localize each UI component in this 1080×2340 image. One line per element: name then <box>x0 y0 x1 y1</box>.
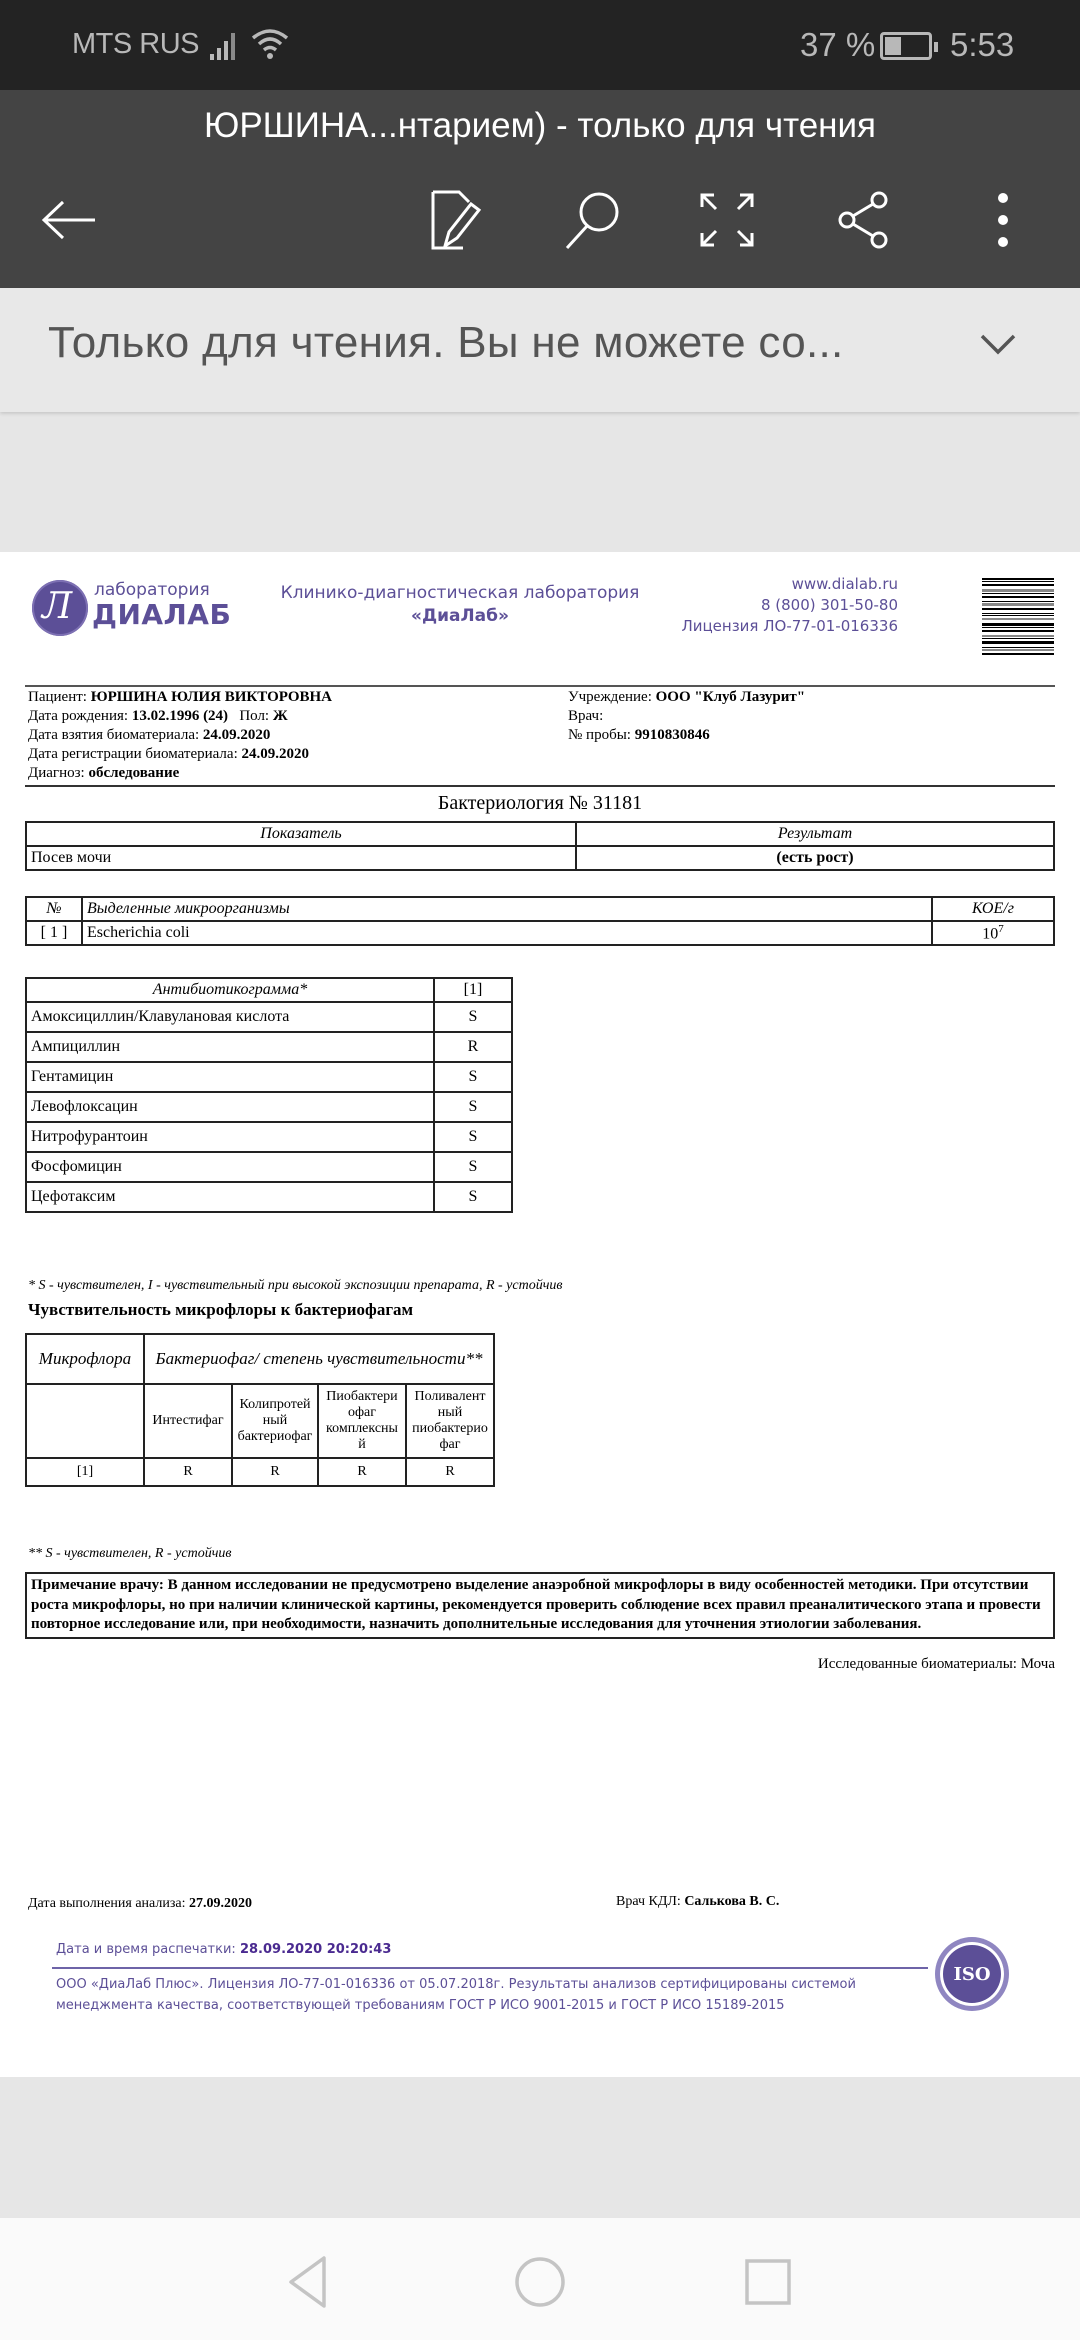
antibiotic-name: Цефотаксим <box>26 1182 434 1212</box>
share-icon[interactable] <box>828 185 898 255</box>
antibiotic-name: Гентамицин <box>26 1062 434 1092</box>
document-title: ЮРШИНА...нтарием) - только для чтения <box>0 96 1080 156</box>
clock: 5:53 <box>950 26 1014 64</box>
sensitivity-value: S <box>434 1062 512 1092</box>
legal-text: ООО «ДиаЛаб Плюс». Лицензия ЛО-77-01-016… <box>56 1974 856 2016</box>
patient-info: Пациент: ЮРШИНА ЮЛИЯ ВИКТОРОВНА Дата рож… <box>28 688 332 783</box>
phone: 8 (800) 301-50-80 <box>660 595 898 616</box>
antibiotic-name: Ампициллин <box>26 1032 434 1062</box>
antibiotic-name: Нитрофурантоин <box>26 1122 434 1152</box>
read-only-message: Только для чтения. Вы не можете со... <box>48 318 844 368</box>
table-row: Амоксициллин/Клавулановая кислотаS <box>26 1002 512 1032</box>
dialab-logo-icon: Л <box>32 580 88 636</box>
nav-back-button[interactable] <box>278 2252 338 2312</box>
sensitivity-value: S <box>434 1122 512 1152</box>
organisms-table: №Выделенные микроорганизмыКОЕ/г [ 1 ]Esc… <box>25 896 1055 946</box>
divider <box>25 685 1055 687</box>
print-timestamp: Дата и время распечатки: 28.09.2020 20:2… <box>56 1942 391 1957</box>
carrier-name: MTS RUS <box>72 28 199 61</box>
system-nav-bar <box>0 2218 1080 2340</box>
read-only-banner[interactable]: Только для чтения. Вы не можете со... <box>0 288 1080 412</box>
search-icon[interactable] <box>556 185 626 255</box>
battery-percent: 37 % <box>800 26 875 64</box>
table-row: ЦефотаксимS <box>26 1182 512 1212</box>
license: Лицензия ЛО-77-01-016336 <box>660 616 898 637</box>
wifi-icon <box>250 26 290 64</box>
signal-icon <box>208 30 240 62</box>
table-row: НитрофурантоинS <box>26 1122 512 1152</box>
nav-home-button[interactable] <box>510 2252 570 2312</box>
status-bar: MTS RUS 37 % 5:53 <box>0 0 1080 90</box>
back-arrow-icon[interactable] <box>34 185 104 255</box>
table-row: ЛевофлоксацинS <box>26 1092 512 1122</box>
antibiotic-name: Амоксициллин/Клавулановая кислота <box>26 1002 434 1032</box>
phage-table: МикрофлораБактериофаг/ степень чувствите… <box>25 1333 495 1487</box>
edit-document-icon[interactable] <box>418 185 488 255</box>
table-row: ФосфомицинS <box>26 1152 512 1182</box>
sensitivity-value: S <box>434 1182 512 1212</box>
analysis-date: Дата выполнения анализа: 27.09.2020 <box>28 1896 252 1912</box>
doctor-note: Примечание врачу: В данном исследовании … <box>25 1572 1055 1639</box>
divider <box>25 785 1055 787</box>
fullscreen-icon[interactable] <box>692 185 762 255</box>
table-row: [ 1 ]Escherichia coli107 <box>26 921 1054 945</box>
table-row: Посев мочи(есть рост) <box>26 846 1054 870</box>
app-bar: ЮРШИНА...нтарием) - только для чтения <box>0 90 1080 288</box>
brand-name: ДИАЛАБ <box>92 598 231 631</box>
divider <box>52 1967 928 1969</box>
iso-badge-icon: ISO <box>940 1942 1004 2006</box>
sample-number: 9910830846 <box>635 727 710 743</box>
sensitivity-value: R <box>434 1032 512 1062</box>
sensitivity-value: S <box>434 1152 512 1182</box>
table-row: АмпициллинR <box>26 1032 512 1062</box>
nav-recents-button[interactable] <box>738 2252 798 2312</box>
more-vert-icon[interactable] <box>968 185 1038 255</box>
back-icon <box>286 2255 330 2309</box>
antibiotic-name: Фосфомицин <box>26 1152 434 1182</box>
lab-contacts: www.dialab.ru 8 (800) 301-50-80 Лицензия… <box>660 574 898 637</box>
biomaterials: Исследованные биоматериалы: Моча <box>818 1656 1055 1673</box>
kdl-doctor: Врач КДЛ: Салькова В. С. <box>616 1894 779 1910</box>
footnote-phage: ** S - чувствителен, R - устойчив <box>28 1546 231 1562</box>
patient-name: ЮРШИНА ЮЛИЯ ВИКТОРОВНА <box>91 689 332 705</box>
report-title: Бактериология № 31181 <box>0 792 1080 815</box>
result-table: ПоказательРезультат Посев мочи(есть рост… <box>25 821 1055 871</box>
lab-title: Клинико-диагностическая лаборатория «Диа… <box>280 582 640 628</box>
document-page: Л лаборатория ДИАЛАБ Клинико-диагностиче… <box>0 552 1080 2077</box>
chevron-down-icon[interactable] <box>978 330 1018 360</box>
institution-info: Учреждение: ООО "Клуб Лазурит" Врач: № п… <box>568 688 805 745</box>
website: www.dialab.ru <box>660 574 898 595</box>
table-row: [1] R R R R <box>26 1458 494 1486</box>
table-row: ГентамицинS <box>26 1062 512 1092</box>
home-icon <box>513 2255 567 2309</box>
organism-name: Escherichia coli <box>82 921 932 945</box>
antibiogram-table: Антибиотикограмма*[1] Амоксициллин/Клаву… <box>25 977 513 1213</box>
antibiotic-name: Левофлоксацин <box>26 1092 434 1122</box>
footnote-antibiogram: * S - чувствителен, I - чувствительный п… <box>28 1278 562 1294</box>
barcode-icon <box>982 578 1054 674</box>
recents-icon <box>744 2258 792 2306</box>
battery-icon <box>880 32 932 60</box>
brand-subtitle: лаборатория <box>94 580 210 600</box>
phage-section-title: Чувствительность микрофлоры к бактериофа… <box>28 1300 413 1320</box>
sensitivity-value: S <box>434 1092 512 1122</box>
sensitivity-value: S <box>434 1002 512 1032</box>
